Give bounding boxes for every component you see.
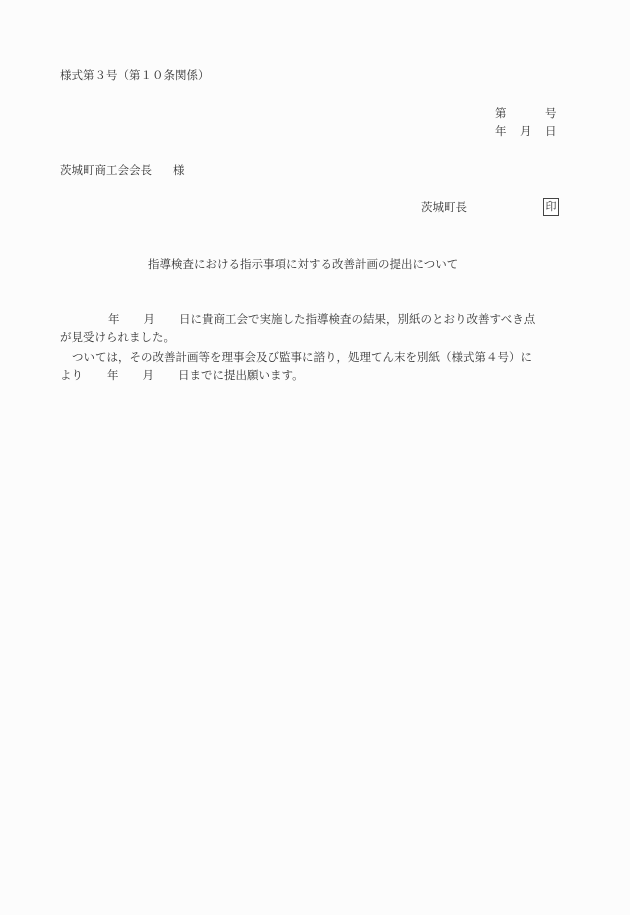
addressee-honorific: 様 — [173, 163, 185, 177]
seal-icon: 印 — [543, 198, 559, 216]
body-year-label: 年 — [108, 312, 120, 326]
body-line-1-text: 日に貴商工会で実施した指導検査の結果，別紙のとおり改善すべき点 — [179, 312, 535, 326]
body-line-4-text: 日までに提出願います。 — [178, 368, 304, 382]
body-month-label: 月 — [144, 312, 156, 326]
sender-title: 茨城町長 — [421, 200, 467, 214]
body-line-1: 年月日に貴商工会で実施した指導検査の結果，別紙のとおり改善すべき点 — [60, 312, 535, 326]
addressee-name: 茨城町商工会会長 — [60, 163, 152, 177]
body-line-2: が見受けられました。 — [60, 330, 175, 344]
date-year-label: 年 — [495, 124, 507, 138]
body-line-3: ついては，その改善計画等を理事会及び監事に諮り，処理てん末を別紙（様式第４号）に — [60, 350, 532, 364]
body-month-label: 月 — [143, 368, 155, 382]
document-subject: 指導検査における指示事項に対する改善計画の提出について — [148, 257, 458, 271]
date-day-label: 日 — [545, 124, 557, 138]
body-line-4-prefix: より — [60, 368, 83, 382]
body-year-label: 年 — [107, 368, 119, 382]
body-line-3-text: ついては，その改善計画等を理事会及び監事に諮り，処理てん末を別紙（様式第４号）に — [72, 350, 532, 364]
form-number: 様式第３号（第１０条関係） — [60, 68, 210, 82]
body-line-4: より年月日までに提出願います。 — [60, 368, 304, 382]
reference-number-suffix: 号 — [545, 106, 557, 120]
reference-number-prefix: 第 — [495, 106, 507, 120]
date-month-label: 月 — [520, 124, 532, 138]
